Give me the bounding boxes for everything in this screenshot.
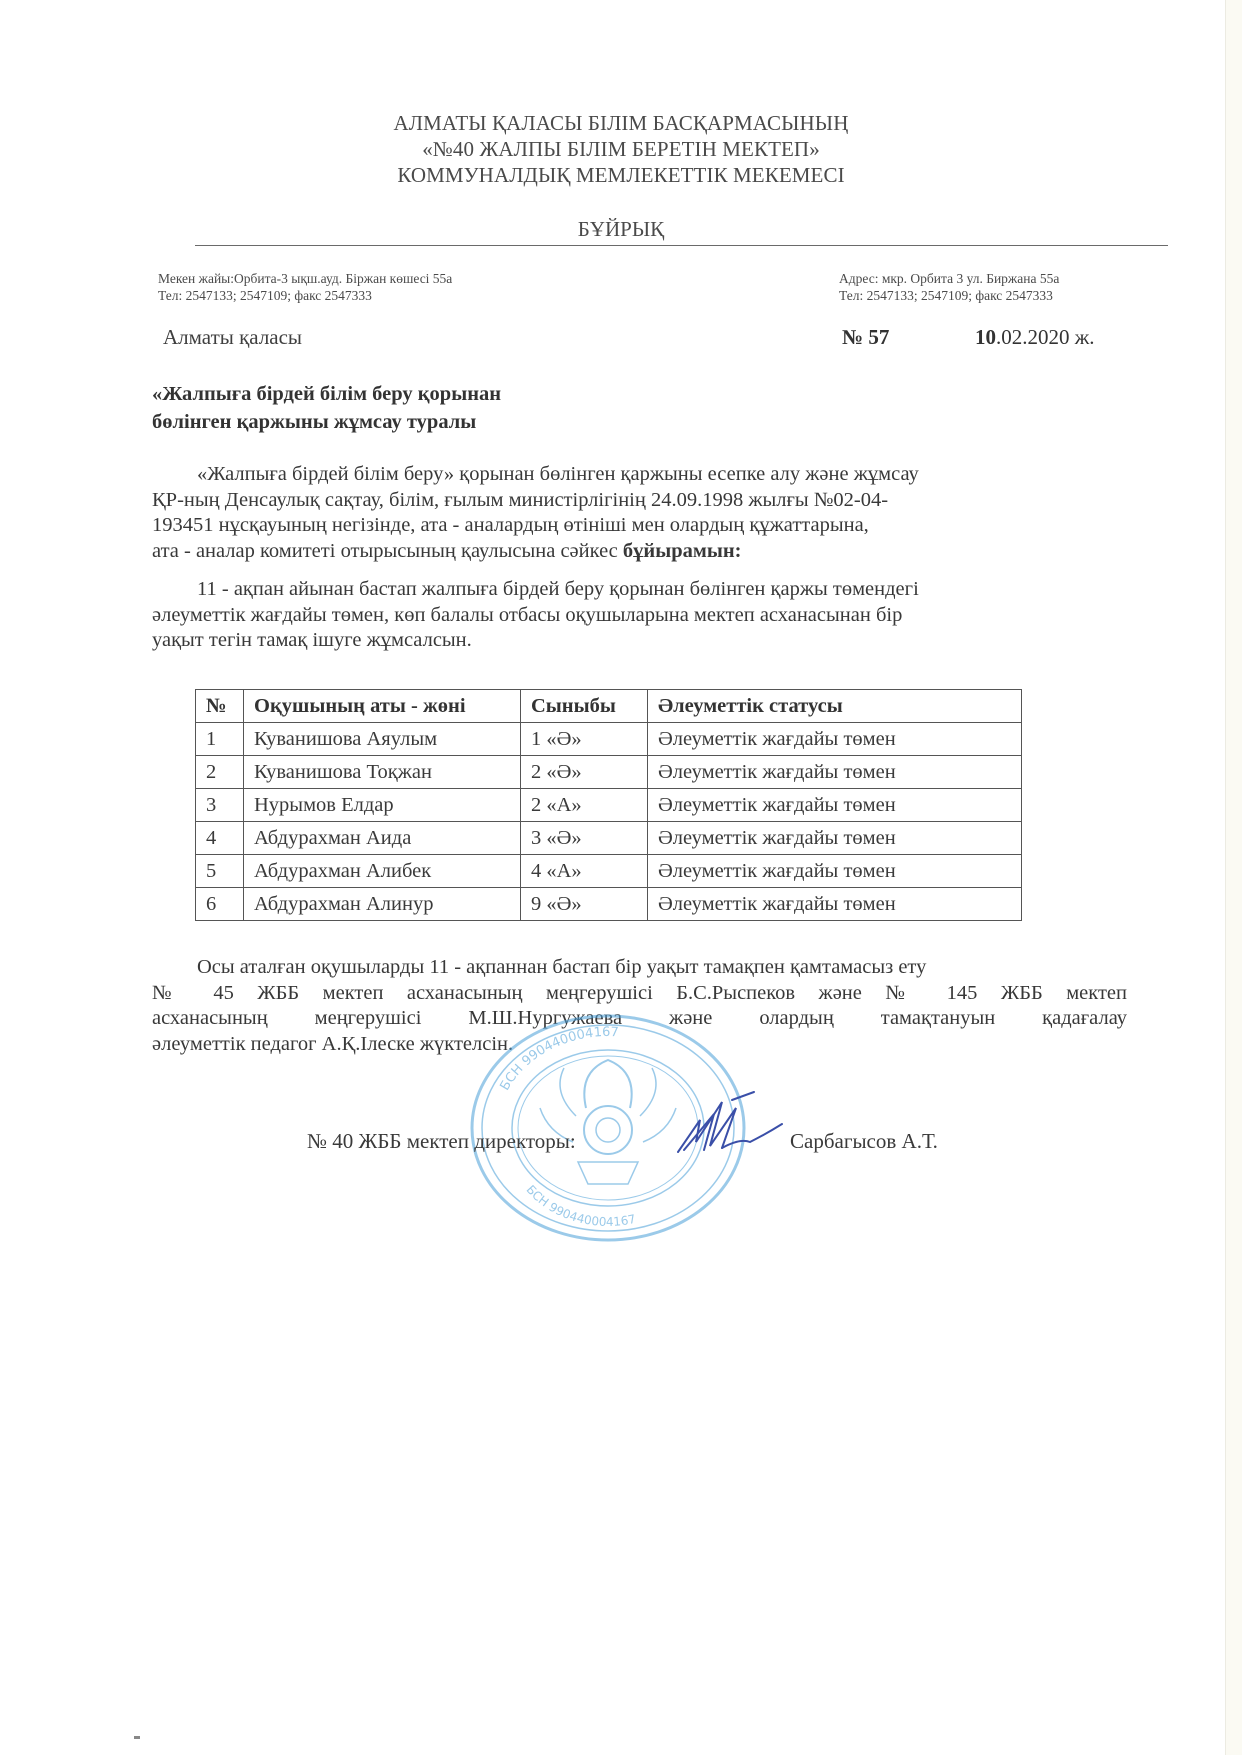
cell-number: 1 xyxy=(196,723,244,756)
address-russian-phone: Тел: 2547133; 2547109; факс 2547333 xyxy=(839,287,1059,304)
signatory-name: Сарбагысов А.Т. xyxy=(790,1129,938,1154)
cell-social-status: Әлеуметтік жағдайы төмен xyxy=(648,723,1022,756)
cell-class: 9 «Ә» xyxy=(521,888,648,921)
address-kazakh: Мекен жайы:Орбита-3 ықш.ауд. Біржан көше… xyxy=(158,270,452,304)
cell-class: 4 «А» xyxy=(521,855,648,888)
order-date-day: 10 xyxy=(975,325,996,349)
column-header-number: № xyxy=(196,690,244,723)
header-divider xyxy=(195,245,1168,246)
signature-icon xyxy=(670,1090,790,1160)
paragraph-responsibility-line-1: Осы аталған оқушыларды 11 - ақпаннан бас… xyxy=(197,956,926,978)
paragraph-directive-line-2: әлеуметтік жағдайы төмен, көп балалы отб… xyxy=(152,603,1127,629)
paragraph-directive-line-1: 11 - ақпан айынан бастап жалпыға бірдей … xyxy=(197,578,919,600)
column-header-name: Оқушының аты - жөні xyxy=(244,690,521,723)
cell-number: 4 xyxy=(196,822,244,855)
cell-class: 1 «Ә» xyxy=(521,723,648,756)
svg-text:БСН 990440004167: БСН 990440004167 xyxy=(524,1182,637,1229)
table-row: 5Абдурахман Алибек4 «А»Әлеуметтік жағдай… xyxy=(196,855,1022,888)
org-title-line-1: АЛМАТЫ ҚАЛАСЫ БІЛІМ БАСҚАРМАСЫНЫҢ xyxy=(0,110,1242,136)
order-subject-line-1: «Жалпыға бірдей білім беру қорынан xyxy=(152,380,501,408)
table-row: 3Нурымов Елдар2 «А»Әлеуметтік жағдайы тө… xyxy=(196,789,1022,822)
org-title-line-2: «№40 ЖАЛПЫ БІЛІМ БЕРЕТІН МЕКТЕП» xyxy=(0,136,1242,162)
stamp-id-text-bottom: БСН 990440004167 xyxy=(524,1182,637,1229)
order-subject: «Жалпыға бірдей білім беру қорынан бөлін… xyxy=(152,380,501,436)
cell-number: 3 xyxy=(196,789,244,822)
cell-social-status: Әлеуметтік жағдайы төмен xyxy=(648,855,1022,888)
order-keyword: бұйырамын: xyxy=(623,540,742,562)
cell-class: 3 «Ә» xyxy=(521,822,648,855)
order-number: № 57 xyxy=(842,325,889,350)
table-row: 6Абдурахман Алинур9 «Ә»Әлеуметтік жағдай… xyxy=(196,888,1022,921)
order-subject-line-2: бөлінген қаржыны жұмсау туралы xyxy=(152,408,501,436)
scan-speck xyxy=(134,1736,140,1739)
address-kazakh-street: Мекен жайы:Орбита-3 ықш.ауд. Біржан көше… xyxy=(158,270,452,287)
address-russian: Адрес: мкр. Орбита 3 ул. Биржана 55а Тел… xyxy=(839,270,1059,304)
paragraph-responsibility-line-4: әлеуметтік педагог А.Қ.Ілеске жүктелсін. xyxy=(152,1032,1127,1058)
cell-number: 5 xyxy=(196,855,244,888)
address-russian-street: Адрес: мкр. Орбита 3 ул. Биржана 55а xyxy=(839,270,1059,287)
cell-student-name: Нурымов Елдар xyxy=(244,789,521,822)
signatory-title: № 40 ЖББ мектеп директоры: xyxy=(307,1129,576,1154)
paragraph-basis-line-1: «Жалпыға бірдей білім беру» қорынан бөлі… xyxy=(197,463,919,485)
cell-class: 2 «А» xyxy=(521,789,648,822)
paragraph-basis: «Жалпыға бірдей білім беру» қорынан бөлі… xyxy=(152,462,1127,564)
table-header-row: № Оқушының аты - жөні Сыныбы Әлеуметтік … xyxy=(196,690,1022,723)
cell-social-status: Әлеуметтік жағдайы төмен xyxy=(648,822,1022,855)
table-row: 2Куванишова Тоқжан2 «Ә»Әлеуметтік жағдай… xyxy=(196,756,1022,789)
cell-student-name: Абдурахман Аида xyxy=(244,822,521,855)
paragraph-basis-line-3: 193451 нұсқауының негізінде, ата - анала… xyxy=(152,513,1127,539)
cell-social-status: Әлеуметтік жағдайы төмен xyxy=(648,789,1022,822)
students-table: № Оқушының аты - жөні Сыныбы Әлеуметтік … xyxy=(195,689,1022,921)
paragraph-responsibility-line-2: № 45 ЖББ мектеп асханасының меңгерушісі … xyxy=(152,981,1127,1007)
paragraph-responsibility-line-3: асханасының меңгерушісі М.Ш.Нургужаева ж… xyxy=(152,1006,1127,1032)
cell-student-name: Абдурахман Алибек xyxy=(244,855,521,888)
paragraph-basis-line-4: ата - аналар комитеті отырысының қаулысы… xyxy=(152,540,623,562)
paragraph-directive-line-3: уақыт тегін тамақ ішуге жұмсалсын. xyxy=(152,628,1127,654)
city-name: Алматы қаласы xyxy=(163,325,302,350)
cell-social-status: Әлеуметтік жағдайы төмен xyxy=(648,756,1022,789)
table-row: 1Куванишова Аяулым1 «Ә»Әлеуметтік жағдай… xyxy=(196,723,1022,756)
cell-student-name: Куванишова Тоқжан xyxy=(244,756,521,789)
column-header-class: Сыныбы xyxy=(521,690,648,723)
paragraph-responsibility: Осы аталған оқушыларды 11 - ақпаннан бас… xyxy=(152,955,1127,1057)
column-header-status: Әлеуметтік статусы xyxy=(648,690,1022,723)
document-type-title: БҰЙРЫҚ xyxy=(0,217,1242,242)
org-title-line-3: КОММУНАЛДЫҚ МЕМЛЕКЕТТІК МЕКЕМЕСІ xyxy=(0,162,1242,188)
order-date-rest: .02.2020 ж. xyxy=(996,325,1095,349)
address-kazakh-phone: Тел: 2547133; 2547109; факс 2547333 xyxy=(158,287,452,304)
cell-student-name: Куванишова Аяулым xyxy=(244,723,521,756)
table-row: 4Абдурахман Аида3 «Ә»Әлеуметтік жағдайы … xyxy=(196,822,1022,855)
cell-student-name: Абдурахман Алинур xyxy=(244,888,521,921)
cell-number: 6 xyxy=(196,888,244,921)
order-date: 10.02.2020 ж. xyxy=(975,325,1095,350)
scan-page-edge xyxy=(1225,0,1242,1755)
paragraph-basis-line-2: ҚР-ның Денсаулық сақтау, білім, ғылым ми… xyxy=(152,488,1127,514)
cell-class: 2 «Ә» xyxy=(521,756,648,789)
cell-number: 2 xyxy=(196,756,244,789)
cell-social-status: Әлеуметтік жағдайы төмен xyxy=(648,888,1022,921)
paragraph-directive: 11 - ақпан айынан бастап жалпыға бірдей … xyxy=(152,577,1127,654)
